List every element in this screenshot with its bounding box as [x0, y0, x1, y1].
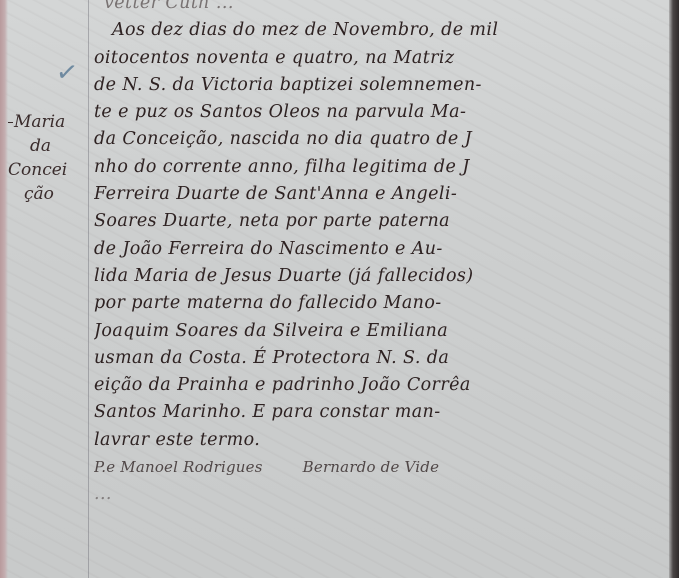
record-line: por parte materna do fallecido Mano- — [94, 290, 674, 317]
check-mark-icon: ✓ — [54, 57, 80, 90]
record-line: eição da Prainha e padrinho João Corrêa — [94, 372, 674, 399]
margin-note-line: Maria — [8, 110, 88, 134]
document-page: ✓ Maria da Concei ção vetter Cuth ... Ao… — [0, 0, 679, 578]
priest-signature: P.e Manoel Rodrigues — [94, 458, 263, 476]
margin-note-line: ção — [8, 182, 88, 206]
margin-dash — [8, 122, 13, 123]
record-line: nho do corrente anno, filha legitima de … — [94, 154, 674, 181]
record-line: usman da Costa. É Protectora N. S. da — [94, 345, 674, 372]
margin-note-text: Maria — [14, 112, 65, 132]
record-line-cutoff: ... — [94, 481, 674, 508]
record-line: Santos Marinho. E para constar man- — [94, 399, 674, 426]
margin-note-line: Concei — [8, 158, 88, 182]
record-line: vetter Cuth ... — [94, 0, 674, 17]
record-line: lida Maria de Jesus Duarte (já fallecido… — [94, 263, 674, 290]
record-line: Joaquim Soares da Silveira e Emiliana — [94, 318, 674, 345]
record-line: oitocentos noventa e quatro, na Matriz — [94, 45, 674, 72]
signature-line: P.e Manoel RodriguesBernardo de Vide — [94, 454, 674, 481]
record-line: de N. S. da Victoria baptizei solemnemen… — [94, 72, 674, 99]
record-line: Aos dez dias do mez de Novembro, de mil — [94, 17, 674, 44]
record-line: Soares Duarte, neta por parte paterna — [94, 208, 674, 235]
record-body: vetter Cuth ... Aos dez dias do mez de N… — [94, 0, 674, 509]
page-left-edge — [0, 0, 8, 578]
page-right-edge — [669, 0, 679, 578]
margin-note-name: Maria da Concei ção — [8, 110, 88, 206]
record-line: Ferreira Duarte de Sant'Anna e Angeli- — [94, 181, 674, 208]
record-line: de João Ferreira do Nascimento e Au- — [94, 236, 674, 263]
record-line: te e puz os Santos Oleos na parvula Ma- — [94, 99, 674, 126]
witness-signature: Bernardo de Vide — [303, 458, 440, 476]
record-line: da Conceição, nascida no dia quatro de J — [94, 126, 674, 153]
margin-rule-line — [88, 0, 89, 578]
margin-note-line: da — [8, 134, 88, 158]
record-line: lavrar este termo. — [94, 427, 674, 454]
